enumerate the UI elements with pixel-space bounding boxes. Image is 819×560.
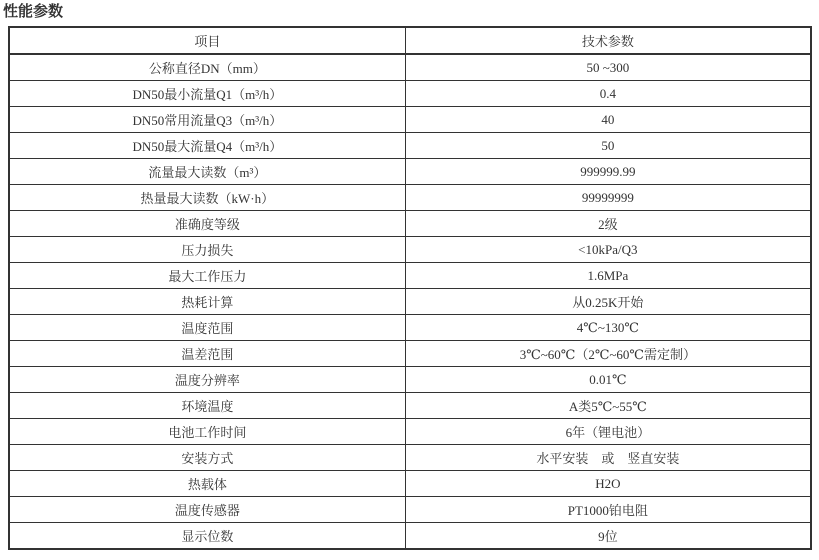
value-cell: 9位 [405, 523, 811, 550]
item-cell: 准确度等级 [9, 211, 405, 237]
value-cell: 水平安装 或 竖直安装 [405, 445, 811, 471]
item-cell: 流量最大读数（m³） [9, 159, 405, 185]
value-cell: A类5℃~55℃ [405, 393, 811, 419]
item-cell: 环境温度 [9, 393, 405, 419]
item-cell: DN50最小流量Q1（m³/h） [9, 81, 405, 107]
item-cell: 电池工作时间 [9, 419, 405, 445]
table-row: 显示位数9位 [9, 523, 811, 550]
table-row: DN50最小流量Q1（m³/h）0.4 [9, 81, 811, 107]
value-cell: 99999999 [405, 185, 811, 211]
header-cell-item: 项目 [9, 27, 405, 54]
value-cell: 1.6MPa [405, 263, 811, 289]
table-row: 温度传感器PT1000铂电阻 [9, 497, 811, 523]
item-cell: 热量最大读数（kW·h） [9, 185, 405, 211]
item-cell: 压力损失 [9, 237, 405, 263]
header-cell-value: 技术参数 [405, 27, 811, 54]
item-cell: 温度范围 [9, 315, 405, 341]
item-cell: 温差范围 [9, 341, 405, 367]
value-cell: 50 ~300 [405, 54, 811, 81]
value-cell: 40 [405, 107, 811, 133]
item-cell: 温度传感器 [9, 497, 405, 523]
value-cell: 999999.99 [405, 159, 811, 185]
table-row: DN50最大流量Q4（m³/h）50 [9, 133, 811, 159]
table-row: 公称直径DN（mm）50 ~300 [9, 54, 811, 81]
table-row: 安装方式水平安装 或 竖直安装 [9, 445, 811, 471]
table-row: 最大工作压力1.6MPa [9, 263, 811, 289]
table-row: 准确度等级2级 [9, 211, 811, 237]
item-cell: 安装方式 [9, 445, 405, 471]
table-row: 温度分辨率0.01℃ [9, 367, 811, 393]
spec-table: 项目 技术参数 公称直径DN（mm）50 ~300DN50最小流量Q1（m³/h… [8, 26, 812, 550]
item-cell: 公称直径DN（mm） [9, 54, 405, 81]
value-cell: 4℃~130℃ [405, 315, 811, 341]
item-cell: 热耗计算 [9, 289, 405, 315]
table-row: 热量最大读数（kW·h）99999999 [9, 185, 811, 211]
item-cell: 显示位数 [9, 523, 405, 550]
value-cell: 0.01℃ [405, 367, 811, 393]
value-cell: 50 [405, 133, 811, 159]
spec-table-body: 公称直径DN（mm）50 ~300DN50最小流量Q1（m³/h）0.4DN50… [9, 54, 811, 549]
item-cell: 温度分辨率 [9, 367, 405, 393]
value-cell: 从0.25K开始 [405, 289, 811, 315]
item-cell: 热载体 [9, 471, 405, 497]
spec-table-header: 项目 技术参数 [9, 27, 811, 54]
page-title: 性能参数 [3, 3, 819, 21]
item-cell: 最大工作压力 [9, 263, 405, 289]
value-cell: H2O [405, 471, 811, 497]
table-row: 温度范围4℃~130℃ [9, 315, 811, 341]
value-cell: 6年（锂电池） [405, 419, 811, 445]
table-row: DN50常用流量Q3（m³/h）40 [9, 107, 811, 133]
value-cell: PT1000铂电阻 [405, 497, 811, 523]
table-row: 环境温度A类5℃~55℃ [9, 393, 811, 419]
page: 性能参数 项目 技术参数 公称直径DN（mm）50 ~300DN50最小流量Q1… [0, 3, 819, 560]
table-row: 流量最大读数（m³）999999.99 [9, 159, 811, 185]
value-cell: <10kPa/Q3 [405, 237, 811, 263]
item-cell: DN50常用流量Q3（m³/h） [9, 107, 405, 133]
table-row: 热载体H2O [9, 471, 811, 497]
table-row: 压力损失<10kPa/Q3 [9, 237, 811, 263]
item-cell: DN50最大流量Q4（m³/h） [9, 133, 405, 159]
table-row: 电池工作时间6年（锂电池） [9, 419, 811, 445]
value-cell: 3℃~60℃（2℃~60℃需定制） [405, 341, 811, 367]
value-cell: 0.4 [405, 81, 811, 107]
value-cell: 2级 [405, 211, 811, 237]
table-row: 热耗计算从0.25K开始 [9, 289, 811, 315]
header-row: 项目 技术参数 [9, 27, 811, 54]
table-row: 温差范围3℃~60℃（2℃~60℃需定制） [9, 341, 811, 367]
